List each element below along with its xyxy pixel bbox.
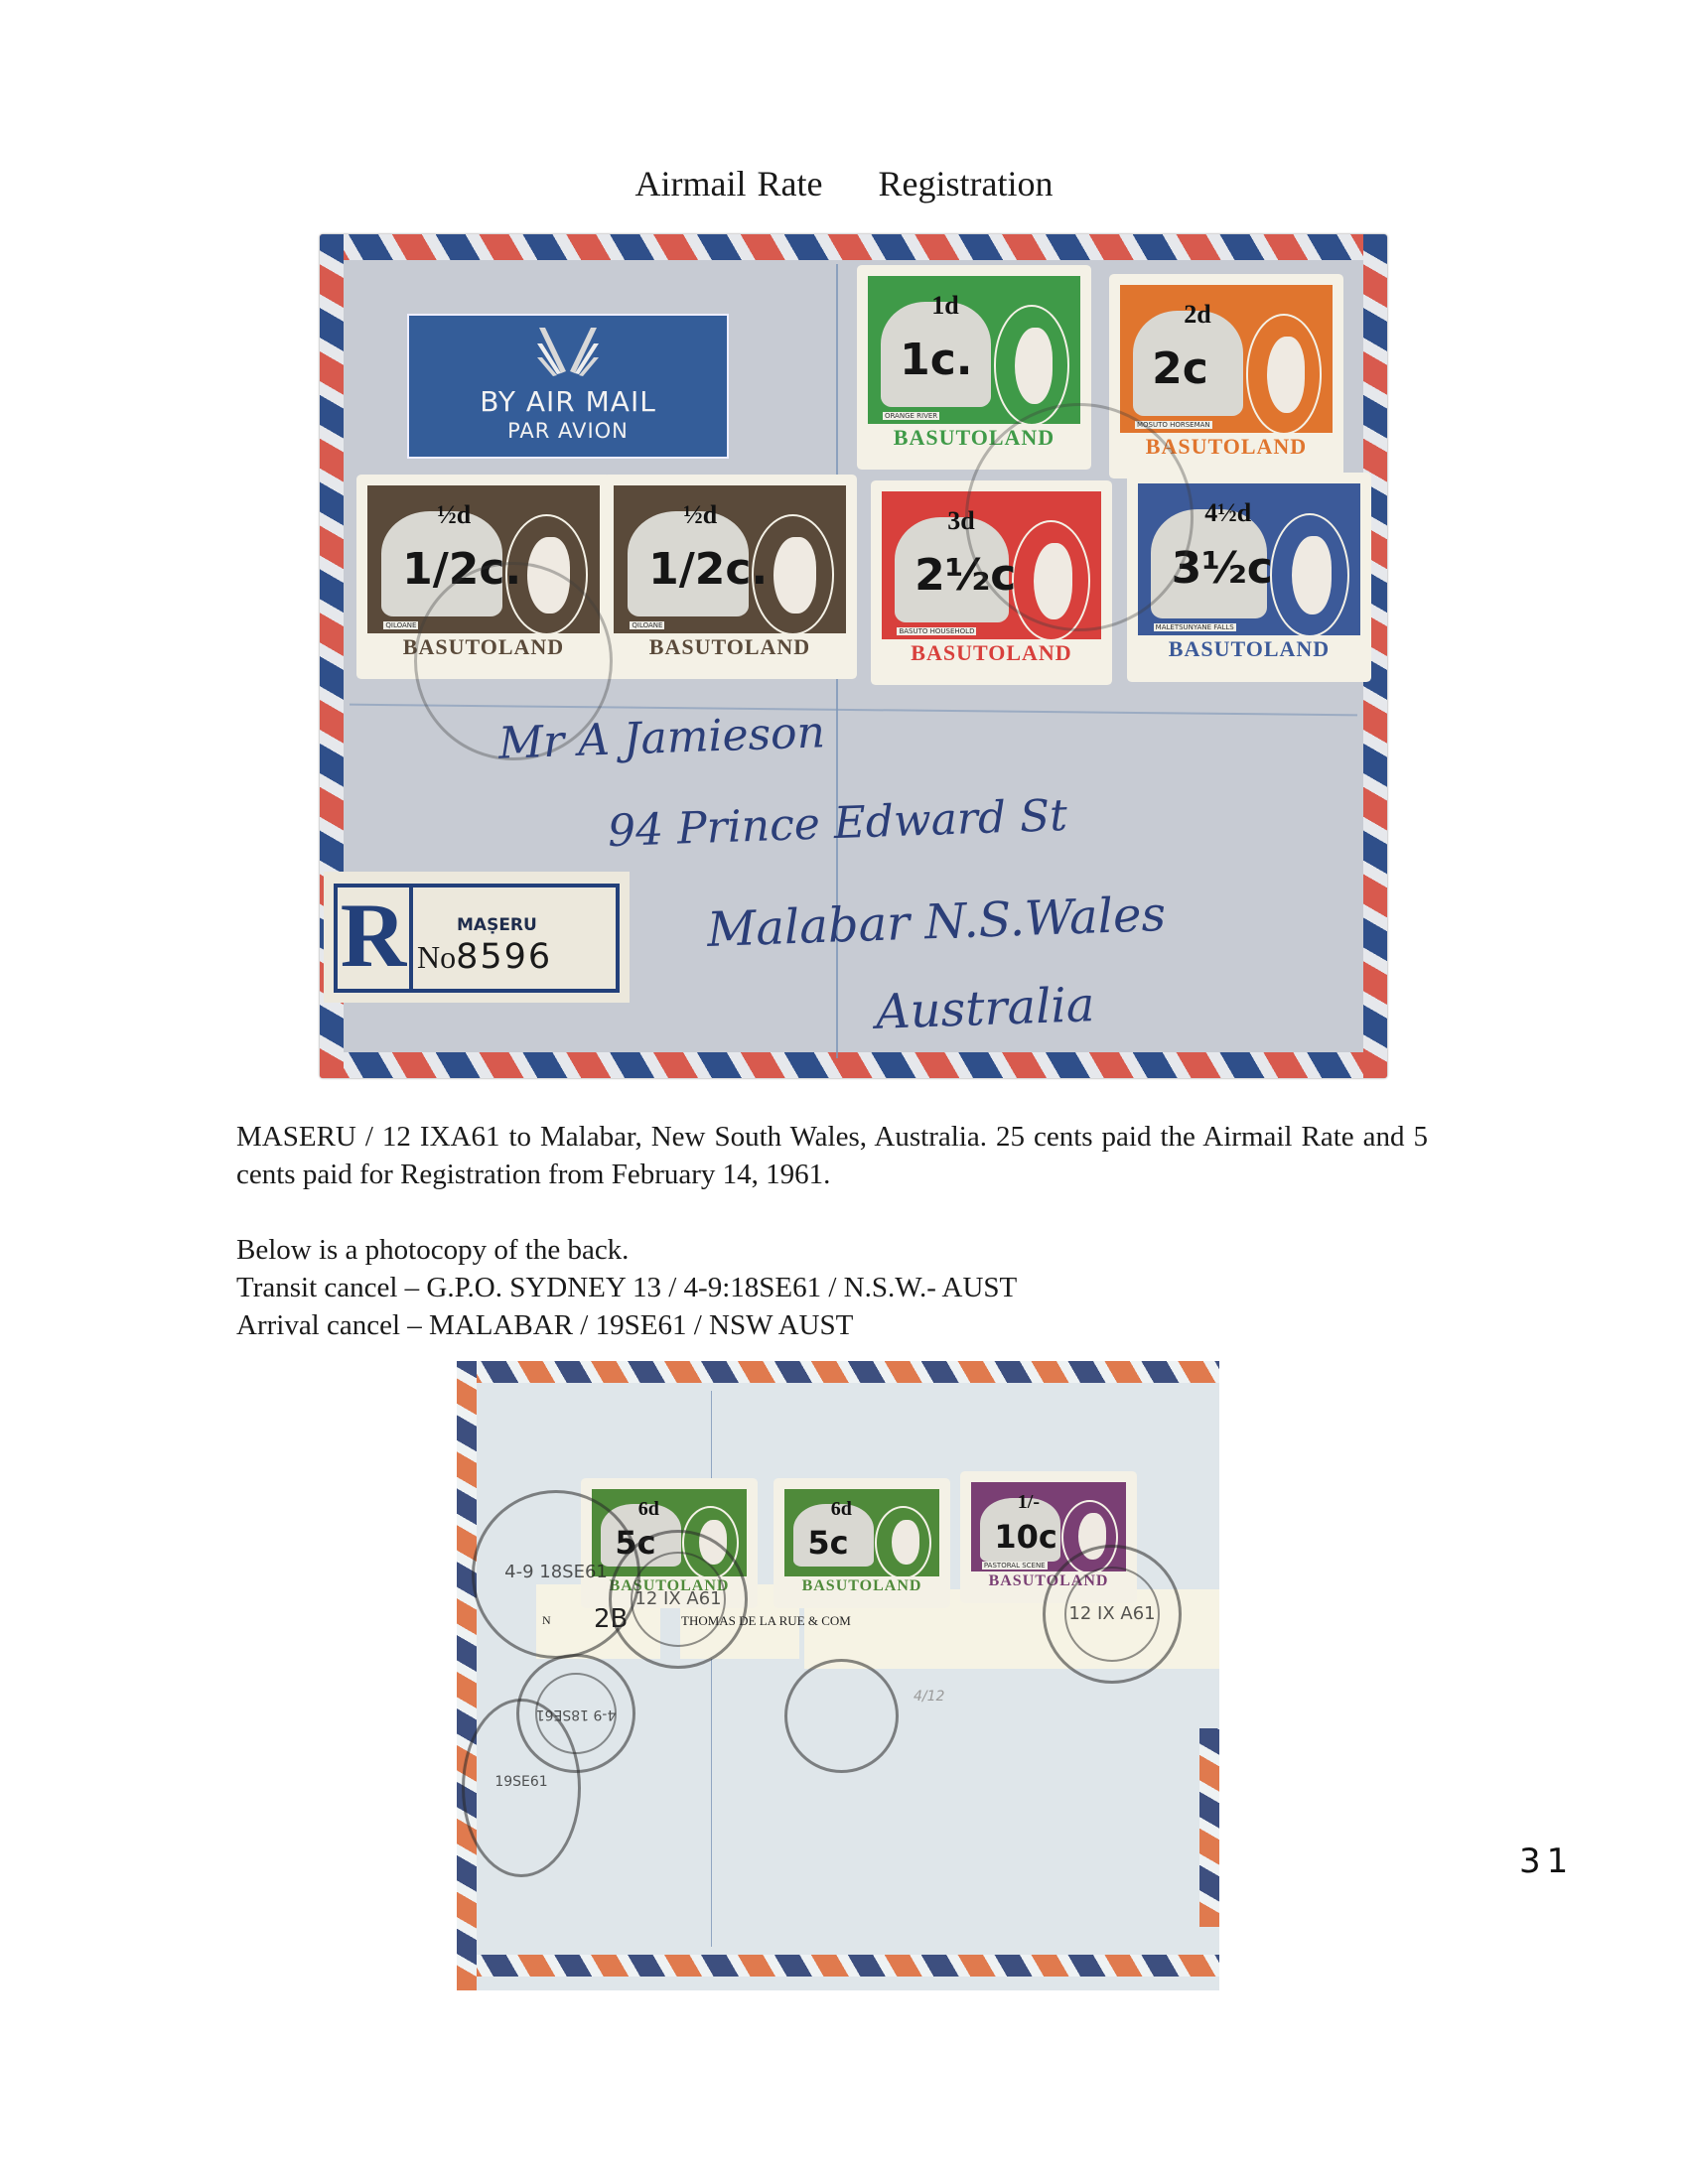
stamp-original-value: 2d — [1184, 300, 1210, 330]
address-line-4: Australia — [875, 977, 1095, 1040]
stamp-surcharge: 2c — [1152, 343, 1208, 394]
pencil-note: 4/12 — [914, 1689, 944, 1705]
postmark-maseru-1: 12 IX A61 — [609, 1530, 748, 1669]
stamp-scene-caption: QILOANE — [630, 621, 664, 629]
page-title: Airmail RateRegistration — [0, 163, 1688, 205]
stamp: 6d5cBASUTOLAND — [776, 1481, 947, 1605]
postmark-malabar: 19SE61 — [462, 1699, 581, 1877]
stamp-surcharge: 10c — [994, 1518, 1057, 1556]
stamp-scene-caption: PASTORAL SCENE — [982, 1562, 1048, 1570]
stamp: ½d1/2c.QILOANEBASUTOLAND — [606, 478, 854, 676]
postmark-maseru — [965, 403, 1194, 631]
registration-r: R — [338, 887, 413, 989]
front-cover: BY AIR MAIL PAR AVION ½d1/2c.QILOANEBASU… — [320, 234, 1387, 1078]
stamp-scene-caption: QILOANE — [383, 621, 418, 629]
stamp-scene-caption: MALETSUNYANE FALLS — [1154, 623, 1236, 631]
stamp-surcharge: 1/2c. — [648, 544, 768, 595]
stamp-original-value: ½d — [437, 500, 471, 530]
description: MASERU / 12 IXA61 to Malabar, New South … — [236, 1118, 1428, 1344]
postmark-maseru-2: 12 IX A61 — [1043, 1545, 1182, 1684]
stamp-surcharge: 1c. — [900, 335, 972, 385]
stamp-original-value: ½d — [683, 500, 717, 530]
stamp-country: BASUTOLAND — [882, 639, 1101, 674]
stamp-scene-caption: BASUTO HOUSEHOLD — [897, 627, 976, 635]
stamp-original-value: 1d — [931, 291, 958, 321]
transit-cancel: Transit cancel – G.P.O. SYDNEY 13 / 4-9:… — [236, 1269, 1428, 1306]
stamp-country: BASUTOLAND — [614, 633, 846, 668]
back-intro: Below is a photocopy of the back. — [236, 1231, 1428, 1269]
cover-description: MASERU / 12 IXA61 to Malabar, New South … — [236, 1118, 1428, 1193]
page-number: 31 — [1519, 1842, 1574, 1881]
stamp-country: BASUTOLAND — [784, 1576, 939, 1597]
postmark-sydney-right — [784, 1659, 899, 1773]
stamp-original-value: 6d — [831, 1498, 852, 1521]
stamp-scene-caption: ORANGE RIVER — [883, 412, 939, 420]
stamp-country: BASUTOLAND — [1138, 635, 1360, 671]
stamp-original-value: 6d — [638, 1498, 659, 1521]
registration-label: R MAṢERU No8596 — [324, 872, 630, 1003]
back-cover: N 2B THOMAS DE LA RUE & COM 6d5cBASUTOLA… — [457, 1361, 1219, 1990]
registration-office: MAṢERU — [457, 915, 537, 935]
stamp-surcharge: 5c — [807, 1524, 848, 1562]
stamp-original-value: 1/- — [1018, 1491, 1040, 1514]
title-airmail-rate: Airmail Rate — [635, 163, 823, 205]
arrival-cancel: Arrival cancel – MALABAR / 19SE61 / NSW … — [236, 1306, 1428, 1344]
stamp-original-value: 4½d — [1204, 498, 1251, 528]
registration-number: No8596 — [417, 937, 552, 977]
title-registration: Registration — [878, 163, 1053, 205]
